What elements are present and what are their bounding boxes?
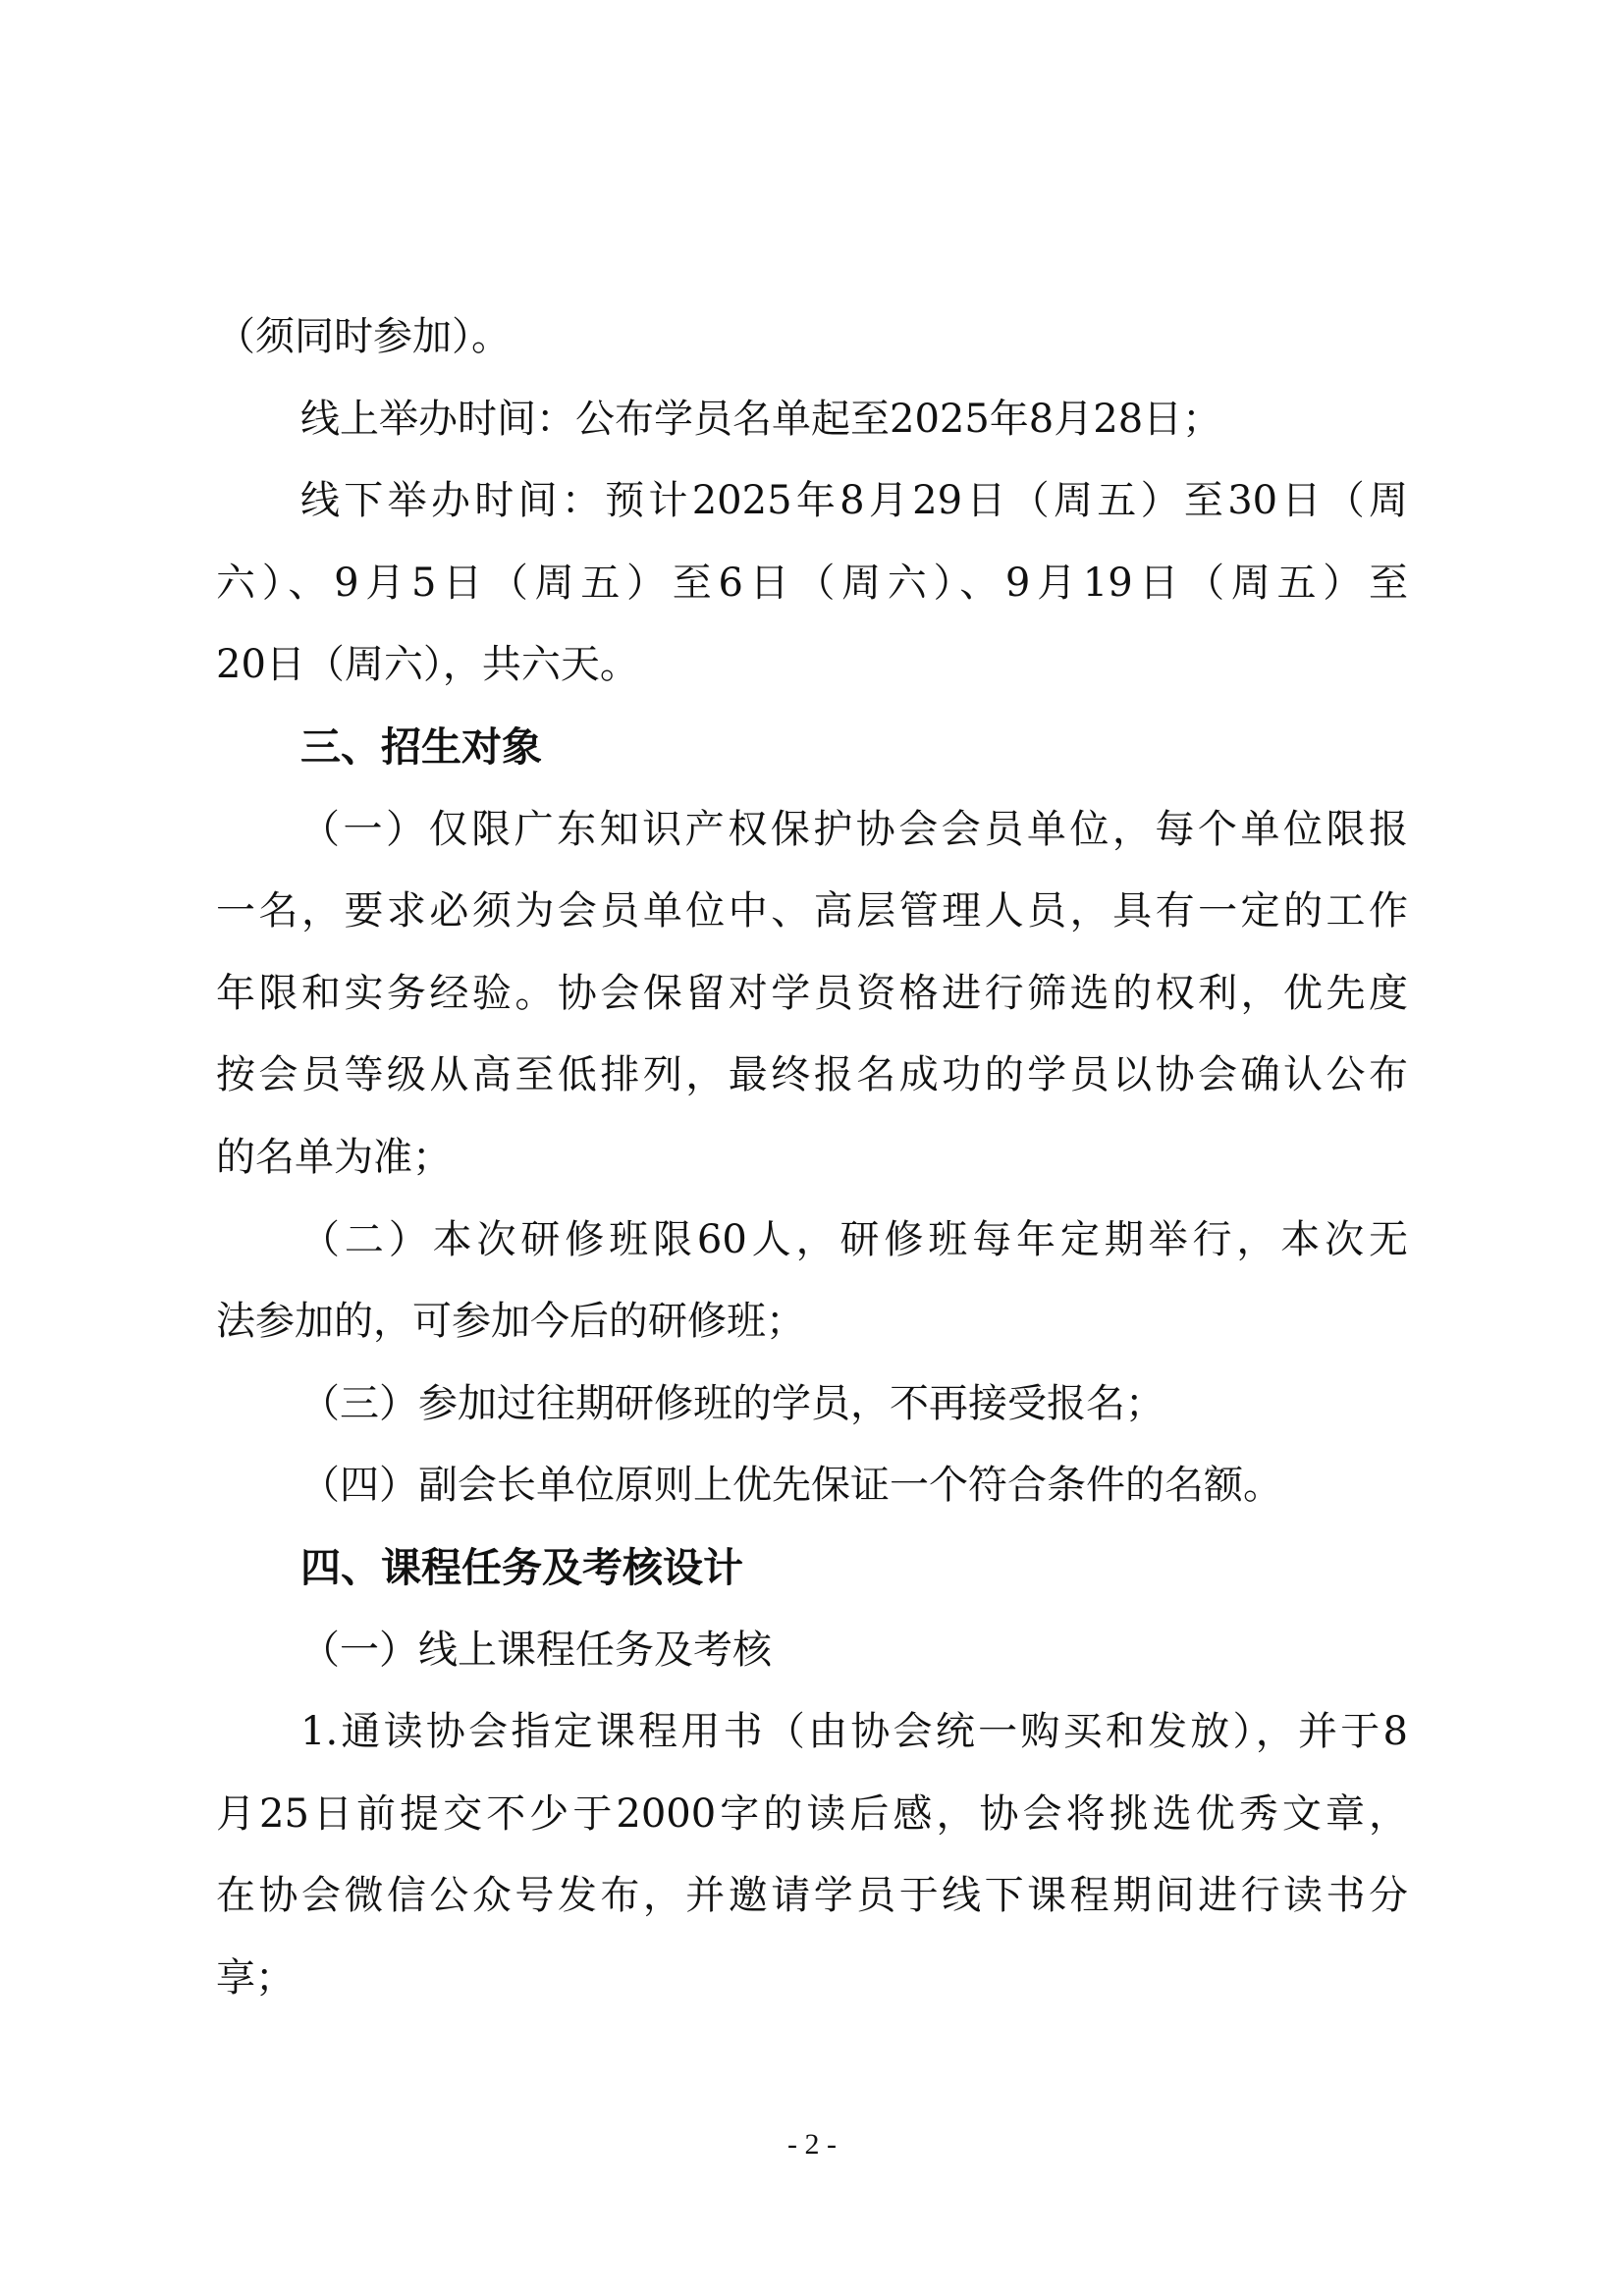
paragraph-line: 在协会微信公众号发布，并邀请学员于线下课程期间进行读书分 bbox=[216, 1855, 1408, 1938]
paragraph-line: （三）参加过往期研修班的学员，不再接受报名； bbox=[216, 1363, 1408, 1446]
line-text: 在协会微信公众号发布，并邀请学员于线下课程期间进行读书分 bbox=[216, 1855, 1408, 1938]
paragraph-line: 年限和实务经验。协会保留对学员资格进行筛选的权利，优先度 bbox=[216, 953, 1408, 1036]
paragraph-line: 线上举办时间：公布学员名单起至2025年8月28日； bbox=[216, 379, 1408, 461]
line-text: 享； bbox=[216, 1938, 295, 2020]
subheading-text: （一）线上课程任务及考核 bbox=[300, 1610, 772, 1692]
paragraph-line: 按会员等级从高至低排列，最终报名成功的学员以协会确认公布 bbox=[216, 1035, 1408, 1117]
paragraph-line: 月25日前提交不少于2000字的读后感，协会将挑选优秀文章， bbox=[216, 1774, 1408, 1856]
line-text: 的名单为准； bbox=[216, 1117, 452, 1200]
paragraph-line: 一名，要求必须为会员单位中、高层管理人员，具有一定的工作 bbox=[216, 871, 1408, 953]
paragraph-line: （二）本次研修班限60人，研修班每年定期举行，本次无 bbox=[216, 1200, 1408, 1282]
line-text: （二）本次研修班限60人，研修班每年定期举行，本次无 bbox=[300, 1200, 1408, 1282]
line-text: 20日（周六），共六天。 bbox=[216, 624, 639, 707]
line-text: （三）参加过往期研修班的学员，不再接受报名； bbox=[300, 1363, 1164, 1446]
document-page: （须同时参加）。 线上举办时间：公布学员名单起至2025年8月28日； 线下举办… bbox=[0, 0, 1624, 2296]
line-text: 1.通读协会指定课程用书（由协会统一购买和发放），并于8 bbox=[300, 1691, 1408, 1774]
line-text: 线下举办时间：预计2025年8月29日（周五）至30日（周 bbox=[300, 460, 1408, 543]
section-heading: 三、招生对象 bbox=[216, 707, 1408, 789]
paragraph-line: （须同时参加）。 bbox=[216, 296, 1408, 379]
paragraph-line: （一）仅限广东知识产权保护协会会员单位，每个单位限报 bbox=[216, 789, 1408, 872]
line-text: 按会员等级从高至低排列，最终报名成功的学员以协会确认公布 bbox=[216, 1035, 1408, 1117]
paragraph-line: 六）、9月5日（周五）至6日（周六）、9月19日（周五）至 bbox=[216, 543, 1408, 625]
line-text: 一名，要求必须为会员单位中、高层管理人员，具有一定的工作 bbox=[216, 871, 1408, 953]
line-text: （四）副会长单位原则上优先保证一个符合条件的名额。 bbox=[300, 1445, 1282, 1527]
line-text: （须同时参加）。 bbox=[216, 296, 511, 379]
subsection-heading: （一）线上课程任务及考核 bbox=[216, 1610, 1408, 1692]
line-text: 线上举办时间：公布学员名单起至2025年8月28日； bbox=[300, 379, 1221, 461]
paragraph-line: 的名单为准； bbox=[216, 1117, 1408, 1200]
line-text: （一）仅限广东知识产权保护协会会员单位，每个单位限报 bbox=[300, 789, 1408, 872]
line-text: 六）、9月5日（周五）至6日（周六）、9月19日（周五）至 bbox=[216, 543, 1408, 625]
paragraph-line: 20日（周六），共六天。 bbox=[216, 624, 1408, 707]
heading-text: 四、课程任务及考核设计 bbox=[300, 1527, 743, 1610]
paragraph-line: （四）副会长单位原则上优先保证一个符合条件的名额。 bbox=[216, 1445, 1408, 1527]
line-text: 法参加的，可参加今后的研修班； bbox=[216, 1281, 805, 1363]
line-text: 月25日前提交不少于2000字的读后感，协会将挑选优秀文章， bbox=[216, 1774, 1408, 1856]
heading-text: 三、招生对象 bbox=[300, 707, 542, 789]
section-heading: 四、课程任务及考核设计 bbox=[216, 1527, 1408, 1610]
line-text: 年限和实务经验。协会保留对学员资格进行筛选的权利，优先度 bbox=[216, 953, 1408, 1036]
paragraph-line: 享； bbox=[216, 1938, 1408, 2020]
page-number: - 2 - bbox=[0, 2128, 1624, 2162]
paragraph-line: 线下举办时间：预计2025年8月29日（周五）至30日（周 bbox=[216, 460, 1408, 543]
paragraph-line: 法参加的，可参加今后的研修班； bbox=[216, 1281, 1408, 1363]
paragraph-line: 1.通读协会指定课程用书（由协会统一购买和发放），并于8 bbox=[216, 1691, 1408, 1774]
document-body: （须同时参加）。 线上举办时间：公布学员名单起至2025年8月28日； 线下举办… bbox=[216, 296, 1408, 2019]
